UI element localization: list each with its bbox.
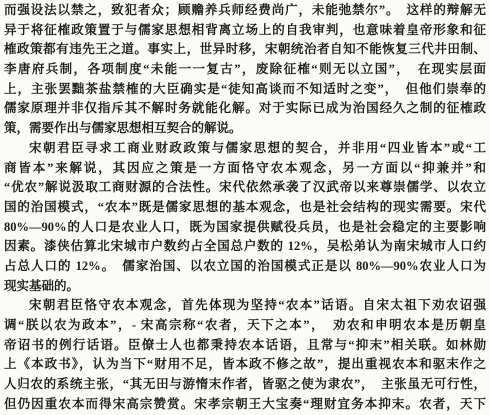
text-line: 占总人口的 12%。 儒家治国、以农立国的治国模式正是以 80%—90%农业人口… bbox=[4, 257, 486, 277]
text-line: 人归农的系统主张，“其无田与游惰末作者，皆驱之使为隶农”， 主张虽无可行性， bbox=[4, 375, 486, 395]
document-page: 而强设法以禁之，致犯者众；顾赡养兵师经费尚广，未能弛禁尔”。 这样的辩解无 异于… bbox=[0, 0, 490, 415]
text-line: 宋朝君臣恪守农本观念，首先体现为坚持“农本”话语。自宋太祖下劝农诏强 bbox=[4, 296, 486, 316]
text-line: “优农”解说汲取工商财源的合法性。宋代依然承袭了汉武帝以来尊崇儒学、以农立 bbox=[4, 178, 486, 198]
text-line: 但仍因重农本而得宋高宗赞赏。宋孝宗朝王大宝奏“理财宜务本抑末。农者，天下 bbox=[4, 395, 486, 415]
text-line: 因素。漆侠估算北宋城市户数约占全国总户数的 12%，吴松弟认为南宋城市人口约 bbox=[4, 237, 486, 257]
text-line: 现实基础的。 bbox=[4, 277, 486, 297]
text-line: 调“朕以农为政本”，- 宋高宗称“农者，天下之本”， 劝农和申明农本是历朝皇 bbox=[4, 316, 486, 336]
text-line: 而强设法以禁之，致犯者众；顾赡养兵师经费尚广，未能弛禁尔”。 这样的辩解无 bbox=[4, 1, 486, 21]
text-line: 李唐府兵制，各项制度“未能一一复古”，废除征榷“则无以立国”， 在现实层面 bbox=[4, 60, 486, 80]
text-line: 帝诏书的例行话语。臣僚士人也都秉持农本话语，且常与“抑末”相关联。如林勋 bbox=[4, 336, 486, 356]
text-line: 榷政策都有违先王之道。事实上，世异时移，宋朝统治者自知不能恢复三代井田制、 bbox=[4, 40, 486, 60]
text-line: 儒家原理并非仅指斥其不解时务就能化解。对于实际已成为治国经久之制的征榷政 bbox=[4, 99, 486, 119]
text-line: 宋朝君臣寻求工商业财政政策与儒家思想的契合，并非用“四业皆本”或“工 bbox=[4, 139, 486, 159]
text-line: 商皆本”来解说，其因应之策是一方面恪守农本观念，另一方面以“抑兼并”和 bbox=[4, 159, 486, 179]
text-line: 异于将征榷政策置于与儒家思想相背离立场上的自我审判，也意味着皇帝形象和征 bbox=[4, 21, 486, 41]
text-line: 上，主张罢黜茶盐禁榷的大臣确实是“徒知高谈而不知适时之变”， 但他们崇奉的 bbox=[4, 80, 486, 100]
text-line: 国的治国模式，“农本”既是儒家思想的基本观念，也是社会结构的现实需要。宋代 bbox=[4, 198, 486, 218]
text-line: 策，需要作出与儒家思想相互契合的解说。 bbox=[4, 119, 486, 139]
text-line: 上《本政书》，认为当下“财用不足，皆本政不修之故”，提出重视农本和驱末作之 bbox=[4, 355, 486, 375]
text-line: 80%—90%的人口是农业人口，既为国家提供赋役兵员，也是社会稳定的主要影响 bbox=[4, 218, 486, 238]
